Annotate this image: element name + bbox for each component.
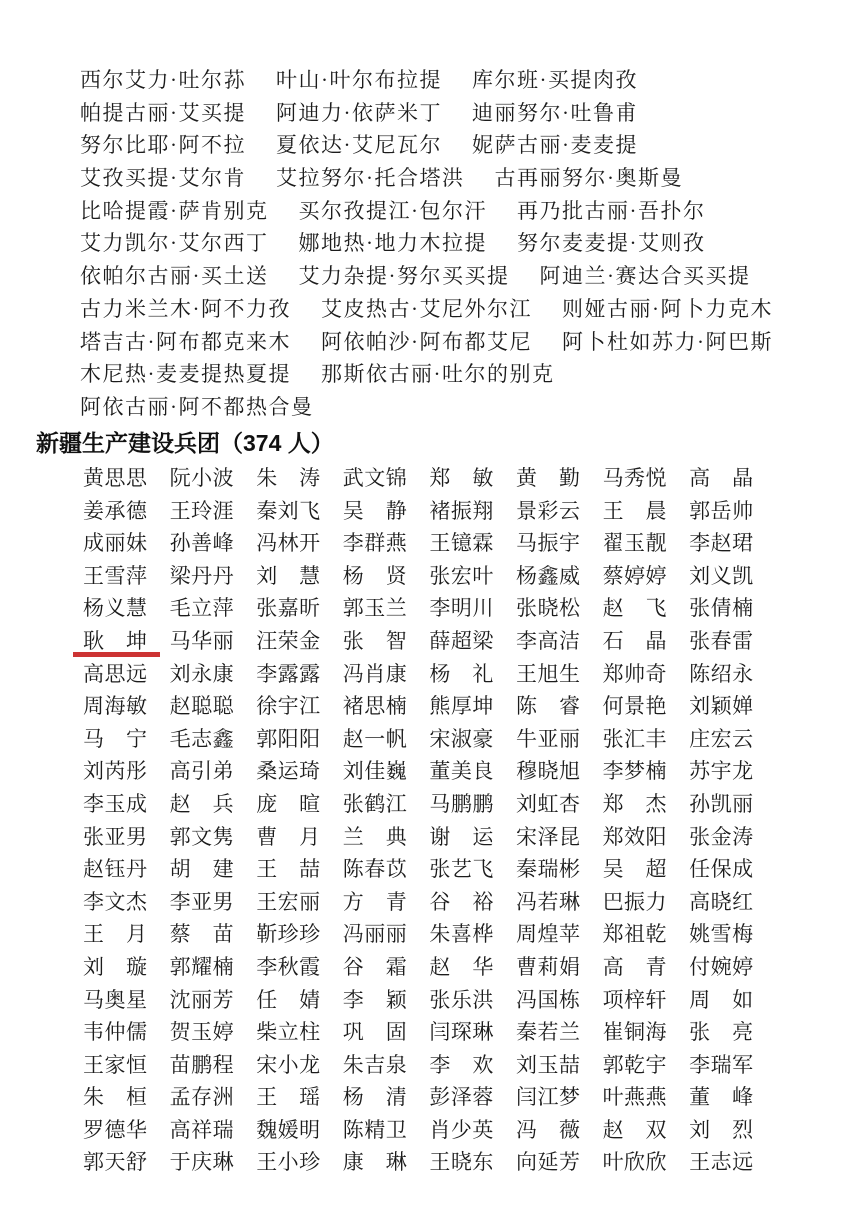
person-name: 郭玉兰: [343, 592, 407, 625]
person-name: 梁丹丹: [170, 560, 234, 593]
person-name: 王小珍: [256, 1146, 320, 1179]
person-name: 刘烈: [689, 1114, 753, 1147]
person-name: 杨义慧: [83, 592, 147, 625]
grid-row: 韦仲儒贺玉婷柴立柱巩固闫琛琳秦若兰崔铜海张亮: [83, 1016, 783, 1049]
person-name: 徐宇江: [256, 690, 320, 723]
person-name: 古力米兰木·阿不力孜: [80, 293, 291, 326]
person-name: 谢运: [429, 821, 493, 854]
person-name: 刘玉喆: [516, 1049, 580, 1082]
person-name: 艾皮热古·艾尼外尔江: [321, 293, 532, 326]
person-name: 张艺飞: [429, 853, 493, 886]
person-name: 孟存洲: [170, 1081, 234, 1114]
person-name: 张亮: [689, 1016, 753, 1049]
person-name: 宋淑豪: [429, 723, 493, 756]
person-name: 马振宇: [516, 527, 580, 560]
name-list-row: 阿依古丽·阿不都热合曼: [80, 391, 800, 424]
person-name: 陈睿: [516, 690, 580, 723]
person-name: 李露露: [256, 658, 320, 691]
person-name: 高祥瑞: [170, 1114, 234, 1147]
person-name: 黄思思: [83, 462, 147, 495]
person-name: 古再丽努尔·奥斯曼: [495, 162, 684, 195]
person-name: 刘璇: [83, 951, 147, 984]
person-name: 郭乾宇: [603, 1049, 667, 1082]
person-name: 依帕尔古丽·买土送: [80, 260, 269, 293]
person-name: 任保成: [689, 853, 753, 886]
person-name: 李高洁: [516, 625, 580, 658]
person-name: 夏依达·艾尼瓦尔: [276, 129, 442, 162]
person-name: 周海敏: [83, 690, 147, 723]
name-list-row: 艾力凯尔·艾尔西丁娜地热·地力木拉提努尔麦麦提·艾则孜: [80, 227, 800, 260]
person-name: 任婧: [256, 984, 320, 1017]
person-name: 马宁: [83, 723, 147, 756]
grid-row: 耿坤马华丽汪荣金张智薛超梁李高洁石晶张春雷: [83, 625, 783, 658]
person-name: 冯国栋: [516, 984, 580, 1017]
person-name: 董美良: [429, 755, 493, 788]
person-name: 董峰: [689, 1081, 753, 1114]
person-name: 阿依帕沙·阿布都艾尼: [321, 326, 532, 359]
person-name: 阿迪兰·赛达合买买提: [540, 260, 751, 293]
person-name: 何景艳: [603, 690, 667, 723]
person-name: 罗德华: [83, 1114, 147, 1147]
person-name: 刘芮彤: [83, 755, 147, 788]
person-name: 巴振力: [603, 886, 667, 919]
grid-row: 马宁毛志鑫郭阳阳赵一帆宋淑豪牛亚丽张汇丰庄宏云: [83, 723, 783, 756]
person-name: 韦仲儒: [83, 1016, 147, 1049]
person-name: 娜地热·地力木拉提: [299, 227, 488, 260]
person-name: 方青: [343, 886, 407, 919]
person-name: 李颖: [343, 984, 407, 1017]
person-name: 桑运琦: [256, 755, 320, 788]
person-name: 李瑞军: [689, 1049, 753, 1082]
person-name: 马鹏鹏: [429, 788, 493, 821]
grid-row: 李文杰李亚男王宏丽方青谷裕冯若琳巴振力高晓红: [83, 886, 783, 919]
person-name: 则娅古丽·阿卜力克木: [562, 293, 773, 326]
grid-row: 马奥星沈丽芳任婧李颖张乐洪冯国栋项梓轩周如: [83, 984, 783, 1017]
person-name: 郭阳阳: [256, 723, 320, 756]
grid-row: 罗德华高祥瑞魏媛明陈精卫肖少英冯薇赵双刘烈: [83, 1114, 783, 1147]
name-list-row: 西尔艾力·吐尔荪叶山·叶尔布拉提库尔班·买提肉孜: [80, 64, 800, 97]
person-name: 王镱霖: [429, 527, 493, 560]
name-list-row: 古力米兰木·阿不力孜艾皮热古·艾尼外尔江则娅古丽·阿卜力克木: [80, 293, 800, 326]
grid-row: 姜承德王玲涯秦刘飞吴静褚振翔景彩云王晨郭岳帅: [83, 495, 783, 528]
person-name: 庞暄: [256, 788, 320, 821]
name-list-row: 艾孜买提·艾尔肯艾拉努尔·托合塔洪古再丽努尔·奥斯曼: [80, 162, 800, 195]
person-name: 蔡苗: [170, 918, 234, 951]
person-name: 沈丽芳: [170, 984, 234, 1017]
person-name: 李亚男: [170, 886, 234, 919]
person-name: 刘虹杏: [516, 788, 580, 821]
grid-row: 王家恒苗鹏程宋小龙朱吉泉李欢刘玉喆郭乾宇李瑞军: [83, 1049, 783, 1082]
person-name: 李秋霞: [256, 951, 320, 984]
person-name: 李群燕: [343, 527, 407, 560]
person-name: 崔铜海: [603, 1016, 667, 1049]
person-name: 兰典: [343, 821, 407, 854]
person-name: 毛志鑫: [170, 723, 234, 756]
person-name: 张春雷: [689, 625, 753, 658]
person-name: 姜承德: [83, 495, 147, 528]
name-list-row: 依帕尔古丽·买土送艾力杂提·努尔买买提阿迪兰·赛达合买买提: [80, 260, 800, 293]
person-name: 康琳: [343, 1146, 407, 1179]
person-name: 陈春苡: [343, 853, 407, 886]
person-name: 杨贤: [343, 560, 407, 593]
name-list-row: 努尔比耶·阿不拉夏依达·艾尼瓦尔妮萨古丽·麦麦提: [80, 129, 800, 162]
person-name: 牛亚丽: [516, 723, 580, 756]
person-name: 王晓东: [429, 1146, 493, 1179]
person-name: 熊厚坤: [429, 690, 493, 723]
person-name: 曹月: [256, 821, 320, 854]
grid-row: 周海敏赵聪聪徐宇江褚思楠熊厚坤陈睿何景艳刘颖婵: [83, 690, 783, 723]
person-name: 王宏丽: [256, 886, 320, 919]
person-name: 蔡婷婷: [603, 560, 667, 593]
person-name: 迪丽努尔·吐鲁甫: [472, 97, 638, 130]
person-name: 周煌苹: [516, 918, 580, 951]
person-name: 朱喜桦: [429, 918, 493, 951]
person-name: 冯林开: [256, 527, 320, 560]
person-name: 孙凯丽: [689, 788, 753, 821]
person-name: 石晶: [603, 625, 667, 658]
person-name: 李明川: [429, 592, 493, 625]
person-name: 阿卜杜如苏力·阿巴斯: [562, 326, 773, 359]
person-name: 胡建: [170, 853, 234, 886]
person-name: 闫江梦: [516, 1081, 580, 1114]
person-name: 项梓轩: [603, 984, 667, 1017]
person-name: 朱桓: [83, 1081, 147, 1114]
person-name: 杨清: [343, 1081, 407, 1114]
person-name: 郭文隽: [170, 821, 234, 854]
person-name: 赵华: [429, 951, 493, 984]
person-name: 吴超: [603, 853, 667, 886]
grid-row: 高思远刘永康李露露冯肖康杨礼王旭生郑帅奇陈绍永: [83, 658, 783, 691]
person-name: 艾拉努尔·托合塔洪: [276, 162, 465, 195]
grid-row: 王雪萍梁丹丹刘慧杨贤张宏叶杨鑫威蔡婷婷刘义凯: [83, 560, 783, 593]
person-name: 巩固: [343, 1016, 407, 1049]
grid-row: 黄思思阮小波朱涛武文锦郑敏黄勤马秀悦高晶: [83, 462, 783, 495]
person-name: 谷霜: [343, 951, 407, 984]
person-name: 张倩楠: [689, 592, 753, 625]
grid-row: 王月蔡苗靳珍珍冯丽丽朱喜桦周煌苹郑祖乾姚雪梅: [83, 918, 783, 951]
person-name: 苗鹏程: [170, 1049, 234, 1082]
person-name: 买尔孜提江·包尔汗: [299, 195, 488, 228]
person-name: 郑杰: [603, 788, 667, 821]
person-name: 王喆: [256, 853, 320, 886]
person-name: 褚振翔: [429, 495, 493, 528]
person-name: 曹莉娟: [516, 951, 580, 984]
person-name: 柴立柱: [256, 1016, 320, 1049]
person-name: 翟玉靓: [603, 527, 667, 560]
person-name: 赵一帆: [343, 723, 407, 756]
person-name: 李赵珺: [689, 527, 753, 560]
person-name: 杨鑫威: [516, 560, 580, 593]
person-name: 高青: [603, 951, 667, 984]
person-name: 比哈提霞·萨肯别克: [80, 195, 269, 228]
name-grid: 黄思思阮小波朱涛武文锦郑敏黄勤马秀悦高晶姜承德王玲涯秦刘飞吴静褚振翔景彩云王晨郭…: [83, 462, 783, 1179]
person-name: 冯若琳: [516, 886, 580, 919]
person-name: 穆晓旭: [516, 755, 580, 788]
person-name: 张乐洪: [429, 984, 493, 1017]
person-name: 秦瑞彬: [516, 853, 580, 886]
person-name: 库尔班·买提肉孜: [472, 64, 638, 97]
person-name: 那斯依古丽·吐尔的别克: [321, 358, 555, 391]
person-name: 王月: [83, 918, 147, 951]
name-list-row: 比哈提霞·萨肯别克买尔孜提江·包尔汗再乃批古丽·吾扑尔: [80, 195, 800, 228]
person-name: 汪荣金: [256, 625, 320, 658]
person-name: 马秀悦: [603, 462, 667, 495]
person-name: 彭泽蓉: [429, 1081, 493, 1114]
person-name: 叶山·叶尔布拉提: [276, 64, 442, 97]
person-name: 艾孜买提·艾尔肯: [80, 162, 246, 195]
person-name: 薛超梁: [429, 625, 493, 658]
person-name: 西尔艾力·吐尔荪: [80, 64, 246, 97]
person-name: 努尔比耶·阿不拉: [80, 129, 246, 162]
person-name: 张晓松: [516, 592, 580, 625]
person-name: 朱涛: [256, 462, 320, 495]
top-name-list: 西尔艾力·吐尔荪叶山·叶尔布拉提库尔班·买提肉孜帕提古丽·艾买提阿迪力·依萨米丁…: [80, 64, 800, 424]
person-name: 木尼热·麦麦提热夏提: [80, 358, 291, 391]
person-name: 郑敏: [429, 462, 493, 495]
person-name: 庄宏云: [689, 723, 753, 756]
person-name: 高引弟: [170, 755, 234, 788]
name-list-row: 帕提古丽·艾买提阿迪力·依萨米丁迪丽努尔·吐鲁甫: [80, 97, 800, 130]
grid-row: 刘芮彤高引弟桑运琦刘佳巍董美良穆晓旭李梦楠苏宇龙: [83, 755, 783, 788]
person-name: 张宏叶: [429, 560, 493, 593]
person-name: 肖少英: [429, 1114, 493, 1147]
person-name: 艾力杂提·努尔买买提: [299, 260, 510, 293]
person-name: 刘慧: [256, 560, 320, 593]
person-name: 于庆琳: [170, 1146, 234, 1179]
person-name: 王家恒: [83, 1049, 147, 1082]
person-name: 郑帅奇: [603, 658, 667, 691]
person-name: 李文杰: [83, 886, 147, 919]
person-name: 高思远: [83, 658, 147, 691]
person-name: 刘佳巍: [343, 755, 407, 788]
person-name: 向延芳: [516, 1146, 580, 1179]
name-list-row: 木尼热·麦麦提热夏提那斯依古丽·吐尔的别克: [80, 358, 800, 391]
person-name: 郭天舒: [83, 1146, 147, 1179]
person-name: 赵聪聪: [170, 690, 234, 723]
person-name: 秦若兰: [516, 1016, 580, 1049]
person-name: 褚思楠: [343, 690, 407, 723]
person-name: 叶欣欣: [603, 1146, 667, 1179]
person-name: 周如: [689, 984, 753, 1017]
person-name: 李玉成: [83, 788, 147, 821]
person-name: 阿依古丽·阿不都热合曼: [80, 391, 314, 424]
person-name: 张金涛: [689, 821, 753, 854]
person-name: 张汇丰: [603, 723, 667, 756]
person-name: 黄勤: [516, 462, 580, 495]
person-name: 王雪萍: [83, 560, 147, 593]
person-name: 武文锦: [343, 462, 407, 495]
person-name: 陈精卫: [343, 1114, 407, 1147]
person-name: 王志远: [689, 1146, 753, 1179]
person-name: 朱吉泉: [343, 1049, 407, 1082]
person-name: 秦刘飞: [256, 495, 320, 528]
person-name: 阿迪力·依萨米丁: [276, 97, 442, 130]
person-name: 叶燕燕: [603, 1081, 667, 1114]
person-name: 赵兵: [170, 788, 234, 821]
person-name: 张亚男: [83, 821, 147, 854]
grid-row: 李玉成赵兵庞暄张鹤江马鹏鹏刘虹杏郑杰孙凯丽: [83, 788, 783, 821]
document-page: 西尔艾力·吐尔荪叶山·叶尔布拉提库尔班·买提肉孜帕提古丽·艾买提阿迪力·依萨米丁…: [0, 0, 849, 1218]
person-name: 景彩云: [516, 495, 580, 528]
person-name: 努尔麦麦提·艾则孜: [517, 227, 706, 260]
person-name: 妮萨古丽·麦麦提: [472, 129, 638, 162]
person-name: 王玲涯: [170, 495, 234, 528]
person-name: 成丽妹: [83, 527, 147, 560]
person-name: 姚雪梅: [689, 918, 753, 951]
person-name: 王旭生: [516, 658, 580, 691]
person-name: 赵双: [603, 1114, 667, 1147]
person-name: 高晶: [689, 462, 753, 495]
person-name: 闫琛琳: [429, 1016, 493, 1049]
grid-row: 赵钰丹胡建王喆陈春苡张艺飞秦瑞彬吴超任保成: [83, 853, 783, 886]
person-name: 陈绍永: [689, 658, 753, 691]
person-name: 郭耀楠: [170, 951, 234, 984]
person-name: 付婉婷: [689, 951, 753, 984]
person-name: 张嘉昕: [256, 592, 320, 625]
person-name: 魏媛明: [256, 1114, 320, 1147]
person-name: 赵飞: [603, 592, 667, 625]
person-name: 郭岳帅: [689, 495, 753, 528]
person-name: 王晨: [603, 495, 667, 528]
person-name: 郑祖乾: [603, 918, 667, 951]
person-name-highlighted: 耿坤: [83, 625, 147, 658]
grid-row: 杨义慧毛立萍张嘉昕郭玉兰李明川张晓松赵飞张倩楠: [83, 592, 783, 625]
person-name: 杨礼: [429, 658, 493, 691]
person-name: 张鹤江: [343, 788, 407, 821]
person-name: 靳珍珍: [256, 918, 320, 951]
person-name: 塔吉古·阿布都克来木: [80, 326, 291, 359]
grid-row: 成丽妹孙善峰冯林开李群燕王镱霖马振宇翟玉靓李赵珺: [83, 527, 783, 560]
person-name: 冯薇: [516, 1114, 580, 1147]
person-name: 阮小波: [170, 462, 234, 495]
person-name: 冯肖康: [343, 658, 407, 691]
person-name: 冯丽丽: [343, 918, 407, 951]
person-name: 刘永康: [170, 658, 234, 691]
section-title: 新疆生产建设兵团（374 人）: [36, 428, 334, 458]
person-name: 再乃批古丽·吾扑尔: [517, 195, 706, 228]
name-list-row: 塔吉古·阿布都克来木阿依帕沙·阿布都艾尼阿卜杜如苏力·阿巴斯: [80, 326, 800, 359]
person-name: 赵钰丹: [83, 853, 147, 886]
person-name: 苏宇龙: [689, 755, 753, 788]
person-name: 李欢: [429, 1049, 493, 1082]
person-name: 孙善峰: [170, 527, 234, 560]
person-name: 艾力凯尔·艾尔西丁: [80, 227, 269, 260]
person-name: 吴静: [343, 495, 407, 528]
grid-row: 郭天舒于庆琳王小珍康琳王晓东向延芳叶欣欣王志远: [83, 1146, 783, 1179]
person-name: 马华丽: [170, 625, 234, 658]
grid-row: 朱桓孟存洲王瑶杨清彭泽蓉闫江梦叶燕燕董峰: [83, 1081, 783, 1114]
person-name: 宋泽昆: [516, 821, 580, 854]
person-name: 王瑶: [256, 1081, 320, 1114]
grid-row: 张亚男郭文隽曹月兰典谢运宋泽昆郑效阳张金涛: [83, 821, 783, 854]
person-name: 郑效阳: [603, 821, 667, 854]
person-name: 毛立萍: [170, 592, 234, 625]
person-name: 李梦楠: [603, 755, 667, 788]
person-name: 张智: [343, 625, 407, 658]
person-name: 刘颖婵: [689, 690, 753, 723]
person-name: 高晓红: [689, 886, 753, 919]
person-name: 刘义凯: [689, 560, 753, 593]
person-name: 贺玉婷: [170, 1016, 234, 1049]
person-name: 马奥星: [83, 984, 147, 1017]
person-name: 宋小龙: [256, 1049, 320, 1082]
person-name: 谷裕: [429, 886, 493, 919]
person-name: 帕提古丽·艾买提: [80, 97, 246, 130]
grid-row: 刘璇郭耀楠李秋霞谷霜赵华曹莉娟高青付婉婷: [83, 951, 783, 984]
